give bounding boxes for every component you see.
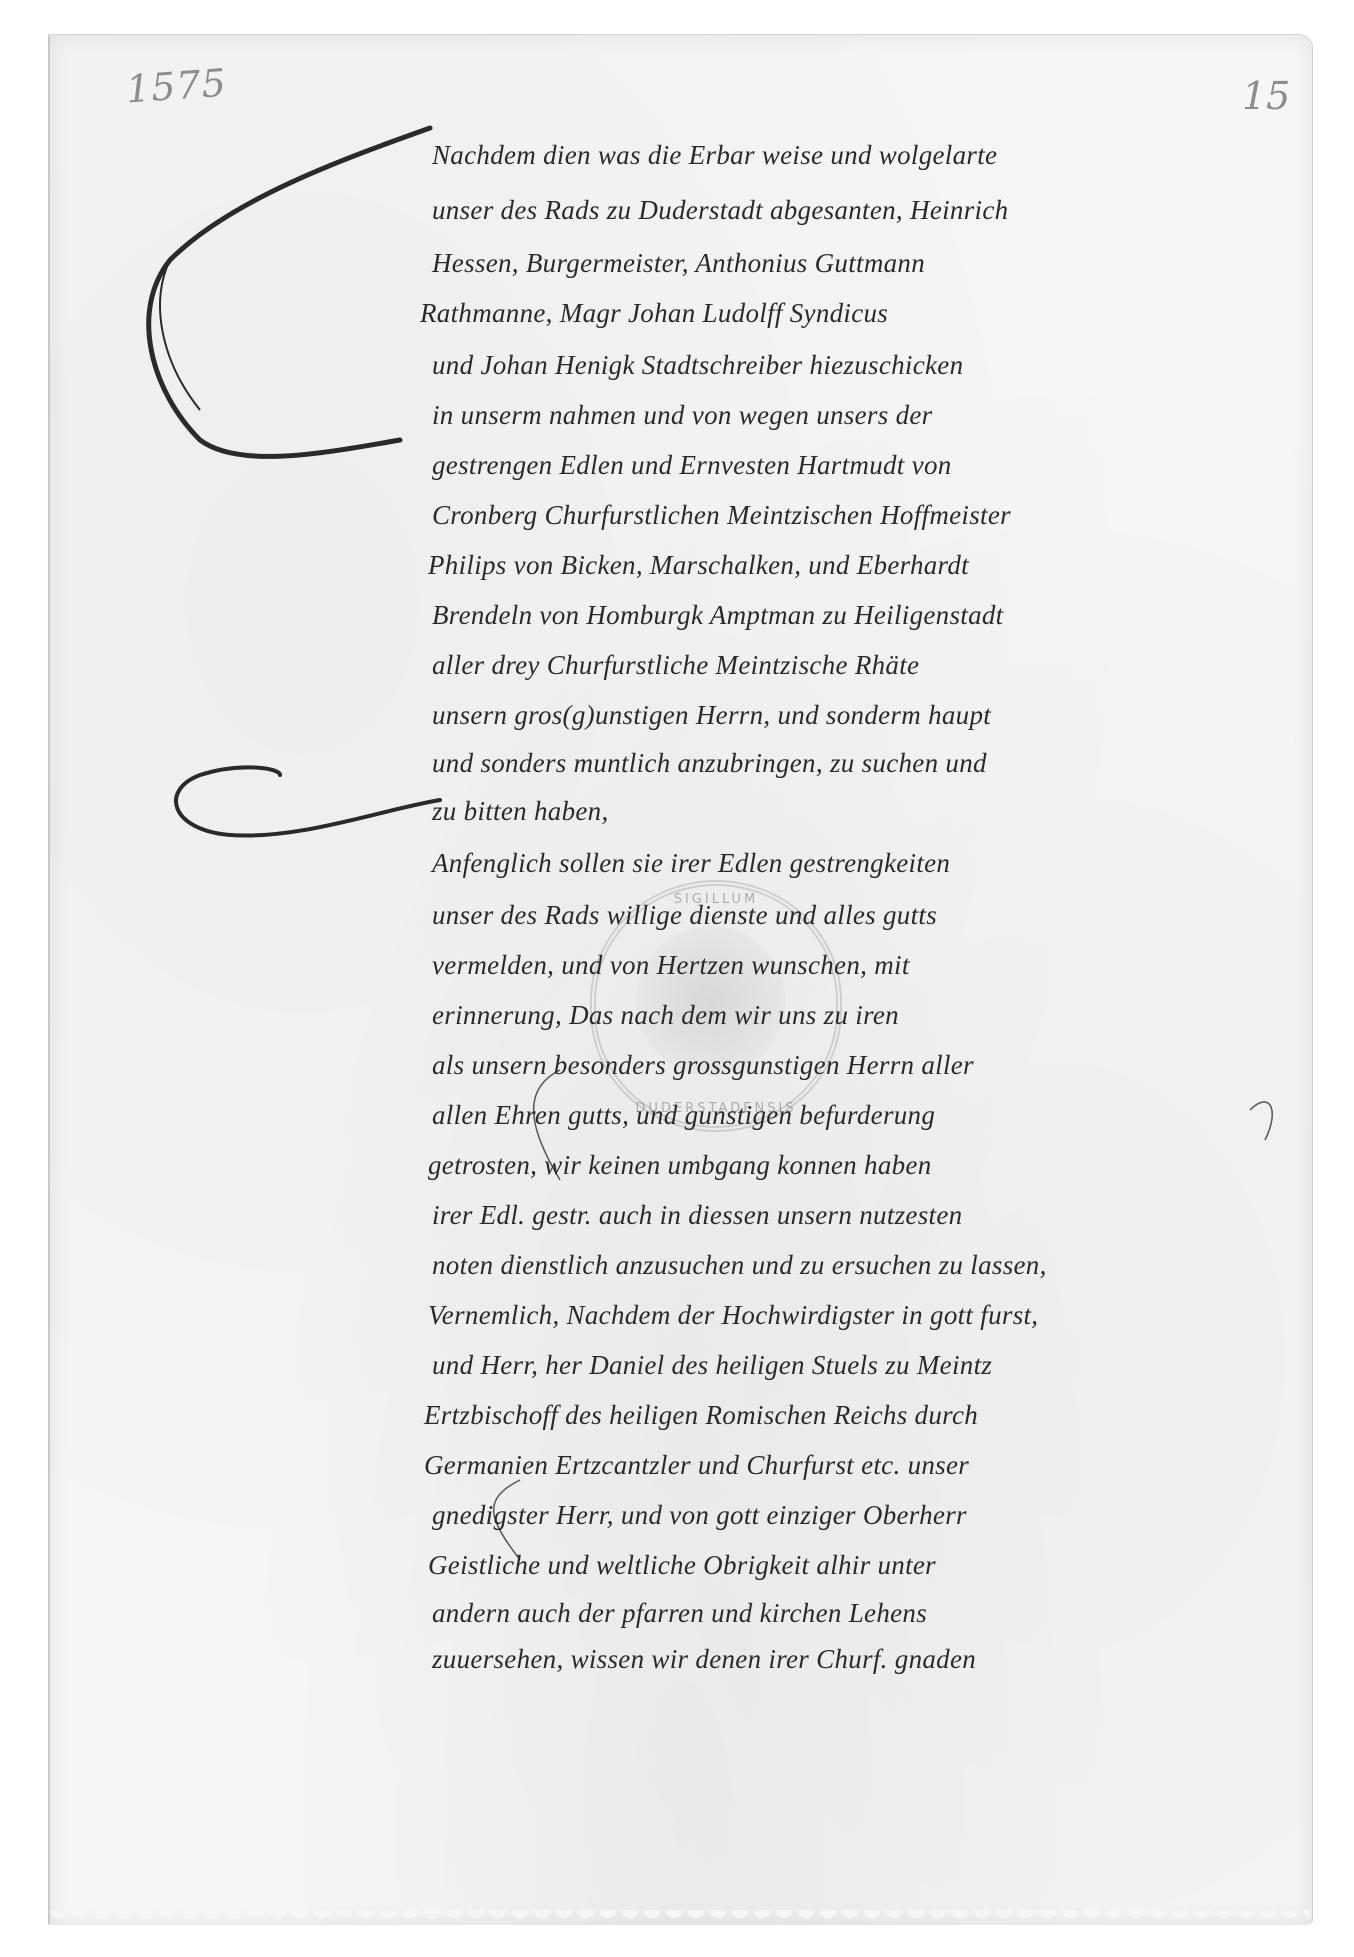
text-line: getrosten, wir keinen umbgang konnen hab… — [428, 1150, 932, 1181]
text-line: irer Edl. gestr. auch in diessen unsern … — [432, 1200, 962, 1231]
text-line: Nachdem dien was die Erbar weise und wol… — [432, 140, 997, 171]
text-line: unser des Rads zu Duderstadt abgesanten,… — [432, 195, 1008, 226]
text-line: Rathmanne, Magr Johan Ludolff Syndicus — [420, 298, 888, 329]
text-line: Cronberg Churfurstlichen Meintzischen Ho… — [432, 500, 1011, 531]
text-line: erinnerung, Das nach dem wir uns zu iren — [432, 1000, 899, 1031]
text-line: Germanien Ertzcantzler und Churfurst etc… — [424, 1450, 969, 1481]
archive-year-annotation: 1575 — [125, 61, 229, 112]
text-line: andern auch der pfarren und kirchen Lehe… — [432, 1598, 927, 1629]
text-line: in unserm nahmen und von wegen unsers de… — [432, 400, 933, 431]
text-line: zu bitten haben, — [432, 796, 609, 827]
text-line: Geistliche und weltliche Obrigkeit alhir… — [428, 1550, 936, 1581]
text-line: und Herr, her Daniel des heiligen Stuels… — [432, 1350, 992, 1381]
text-line: und sonders muntlich anzubringen, zu suc… — [432, 748, 987, 779]
text-line: Philips von Bicken, Marschalken, und Ebe… — [428, 550, 969, 581]
text-line: Vernemlich, Nachdem der Hochwirdigster i… — [428, 1300, 1038, 1331]
folio-number: 15 — [1242, 74, 1290, 118]
text-line: noten dienstlich anzusuchen und zu ersuc… — [432, 1250, 1047, 1281]
text-line: Brendeln von Homburgk Amptman zu Heilige… — [432, 600, 1003, 631]
text-line: unsern gros(g)unstigen Herrn, und sonder… — [432, 700, 991, 731]
text-line: allen Ehren gutts, und gunstigen befurde… — [432, 1100, 935, 1131]
text-line: Ertzbischoff des heiligen Romischen Reic… — [424, 1400, 978, 1431]
text-line: und Johan Henigk Stadtschreiber hiezusch… — [432, 350, 963, 381]
text-line: als unsern besonders grossgunstigen Herr… — [432, 1050, 974, 1081]
text-line: unser des Rads willige dienste und alles… — [432, 900, 937, 931]
text-line: vermelden, und von Hertzen wunschen, mit — [432, 950, 910, 981]
torn-bottom-edge — [48, 1910, 1310, 1928]
text-line: gestrengen Edlen und Ernvesten Hartmudt … — [432, 450, 952, 481]
text-line: gnedigster Herr, und von gott einziger O… — [432, 1500, 967, 1531]
text-line: Anfenglich sollen sie irer Edlen gestren… — [432, 848, 950, 879]
text-line: aller drey Churfurstliche Meintzische Rh… — [432, 650, 919, 681]
text-line: Hessen, Burgermeister, Anthonius Guttman… — [432, 248, 925, 279]
text-line: zuuersehen, wissen wir denen irer Churf.… — [432, 1644, 976, 1675]
